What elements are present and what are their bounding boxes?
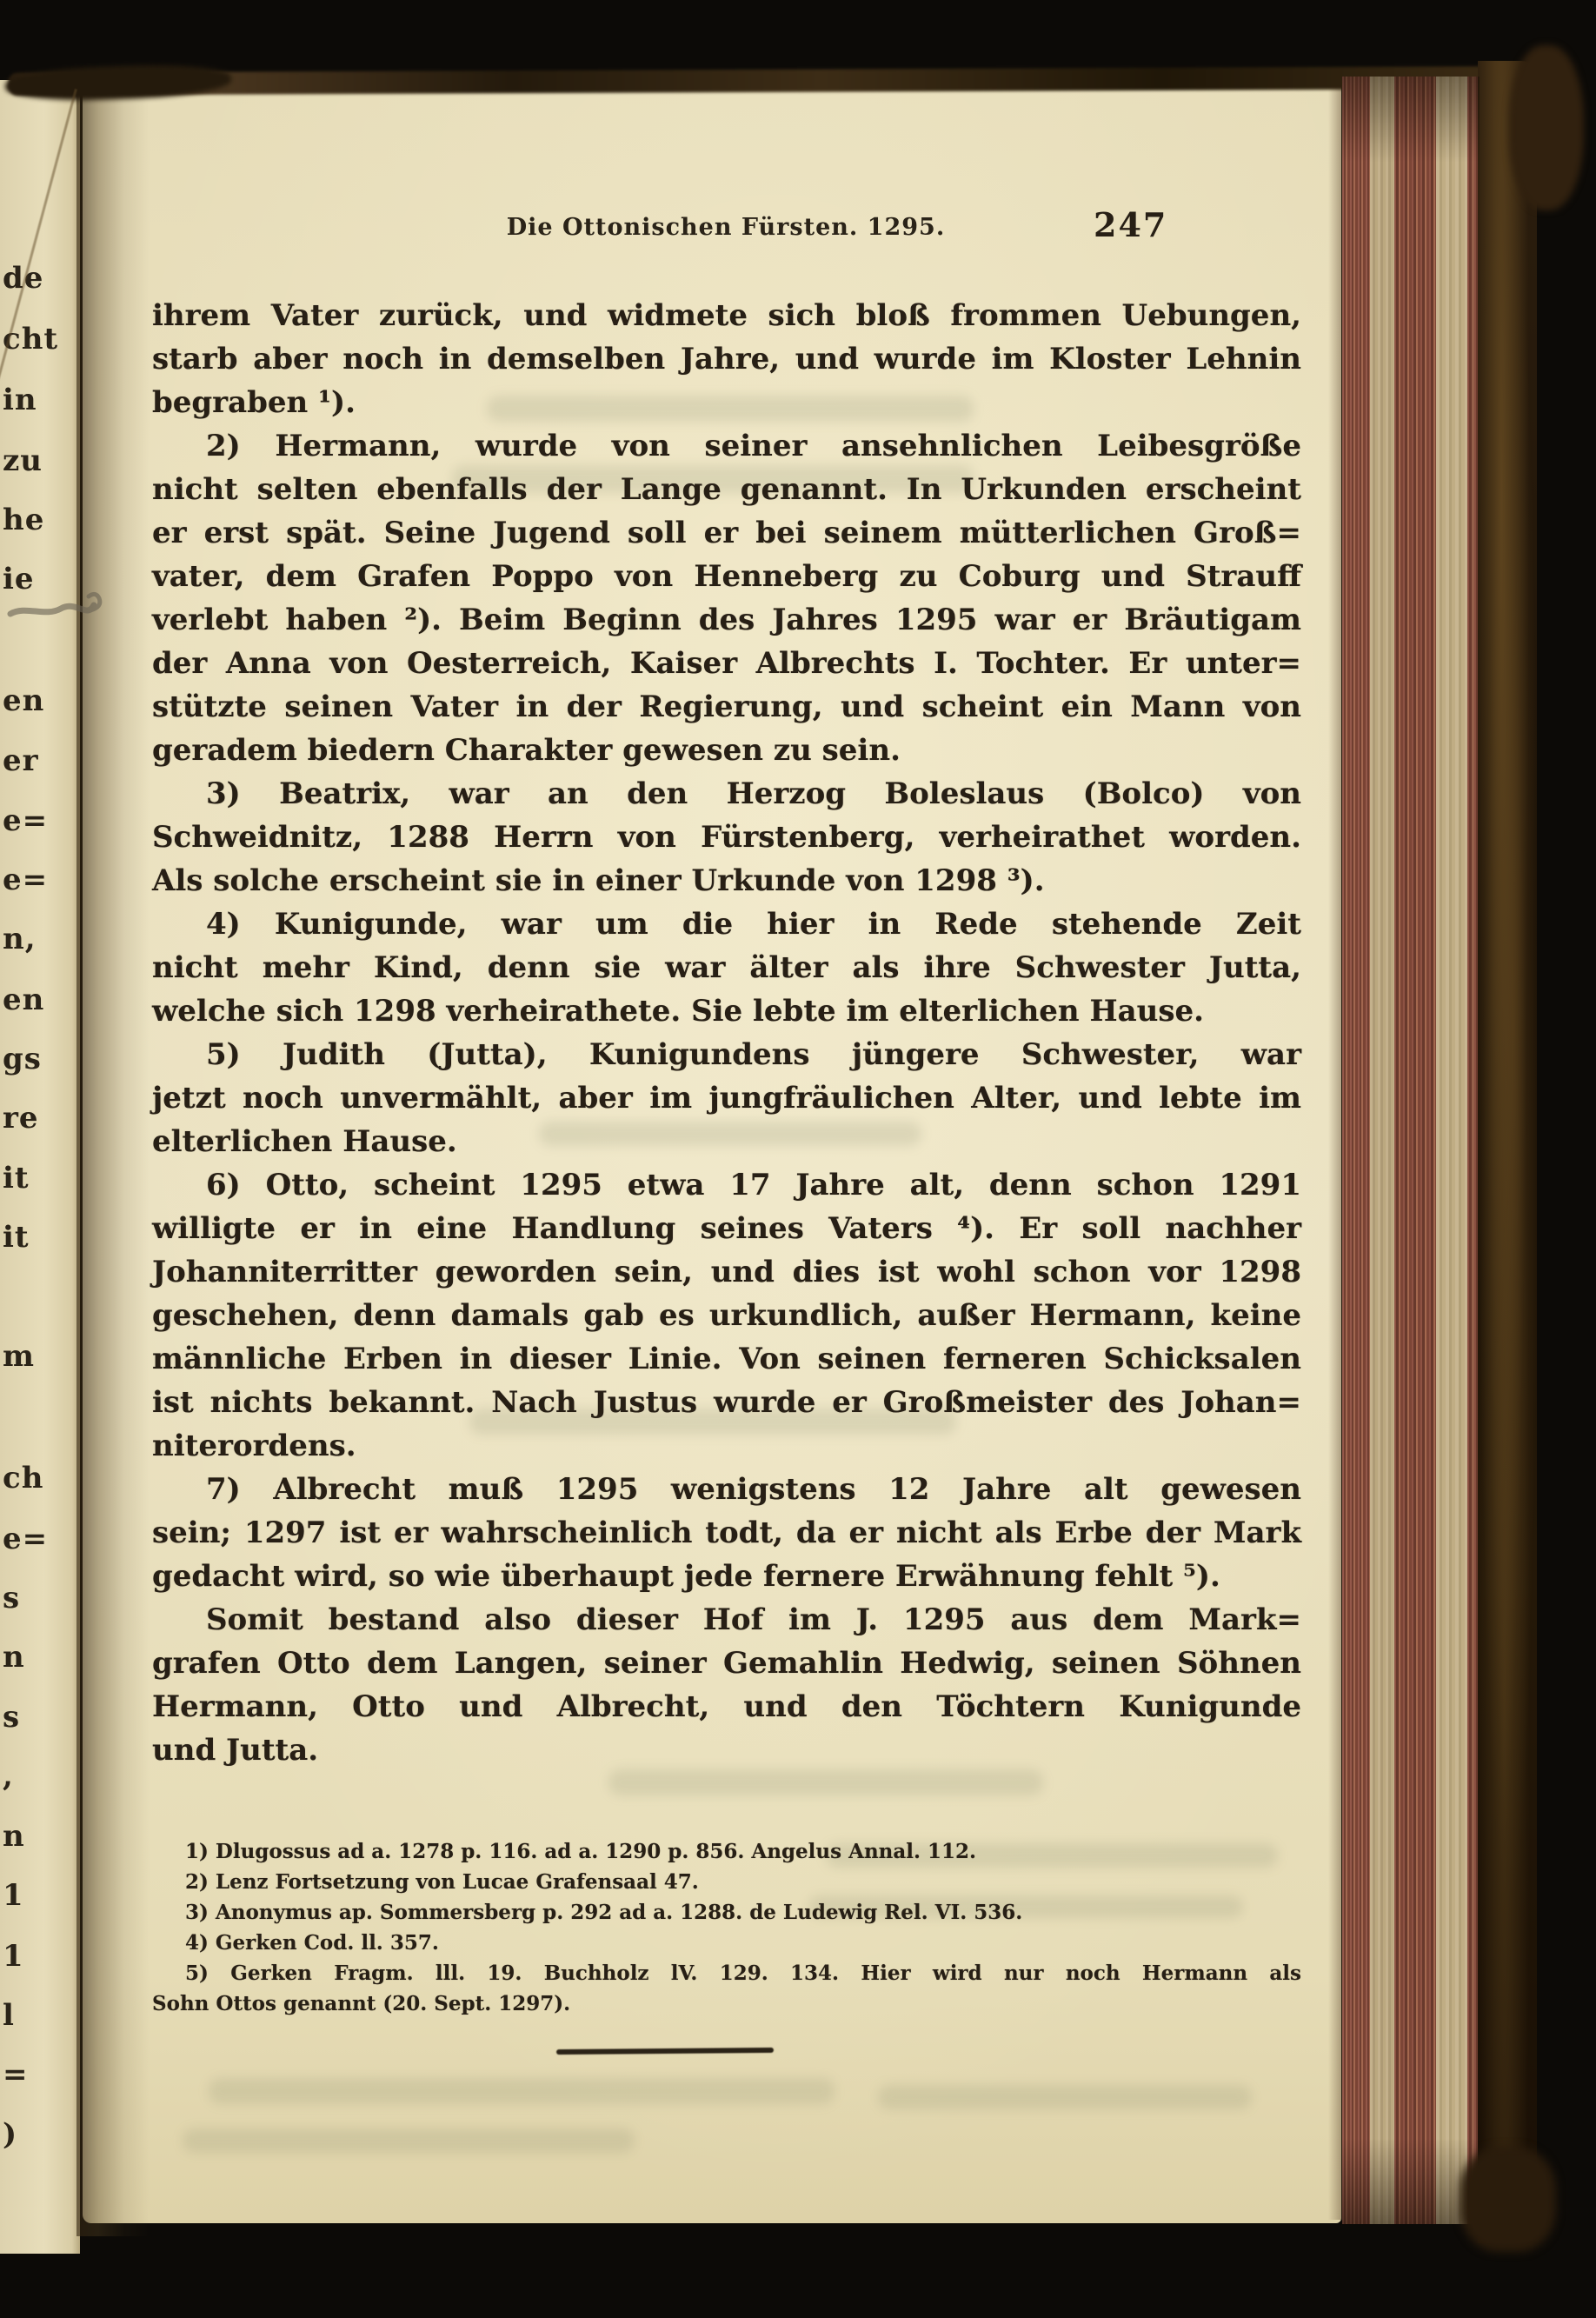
fore-edge-shade [1342,77,1480,2224]
facing-page-text-fragment: s [3,1581,20,1615]
facing-page-text-fragment: er [3,743,39,778]
text-line: starb aber noch in demselben Jahre, und … [152,337,1301,381]
facing-page-text-fragment: s [3,1700,20,1735]
facing-page-strip: dechtinzuheieenere=e=n,engsreititmche=sn… [0,80,80,2254]
facing-page-text-fragment: it [3,1161,30,1196]
facing-page-text-fragment: en [3,683,44,718]
facing-page-text-fragment: n [3,1819,25,1854]
text-line: gedacht wird, so wie überhaupt jede fern… [152,1555,1301,1598]
facing-page-text-fragment: 1 [3,1939,24,1974]
text-line: Johanniterritter geworden sein, und dies… [152,1250,1301,1294]
text-line: der Anna von Oesterreich, Kaiser Albrech… [152,642,1301,685]
facing-page-text-fragment: , [3,1759,14,1794]
page-edge-shade [1328,83,1342,2220]
facing-page-text-fragment: ) [3,2117,17,2152]
text-line: 2) Hermann, wurde von seiner ansehnliche… [152,424,1301,468]
text-line: 4) Kunigunde, war um die hier in Rede st… [152,903,1301,946]
facing-page-text-fragment: 1 [3,1878,24,1913]
facing-page-text-fragment: re [3,1101,39,1136]
text-line: stützte seinen Vater in der Regierung, u… [152,685,1301,729]
text-line: 5) Judith (Jutta), Kunigundens jüngere S… [152,1033,1301,1076]
text-line: begraben ¹). [152,381,1301,424]
facing-page-text-fragment: it [3,1220,30,1255]
text-line: geschehen, denn damals gab es urkundlich… [152,1294,1301,1337]
facing-page-text-fragment: ch [3,1461,43,1495]
cover-corner-top [1509,45,1584,210]
facing-page-text-fragment: n, [3,922,37,956]
footnote-line: 4) Gerken Cod. ll. 357. [152,1928,1301,1958]
text-line: 7) Albrecht muß 1295 wenigstens 12 Jahre… [152,1468,1301,1511]
text-line: 6) Otto, scheint 1295 etwa 17 Jahre alt,… [152,1163,1301,1207]
show-through-ghost [209,2078,835,2104]
footnote-line: 2) Lenz Fortsetzung von Lucae Grafensaal… [152,1867,1301,1897]
cover-corner-bottom [1460,2148,1556,2252]
text-line: nicht selten ebenfalls der Lange genannt… [152,468,1301,511]
text-line: elterlichen Hause. [152,1120,1301,1163]
text-line: er erst spät. Seine Jugend soll er bei s… [152,511,1301,555]
text-line: Schweidnitz, 1288 Herrn von Fürstenberg,… [152,816,1301,859]
facing-page-text-fragment: n [3,1640,25,1675]
facing-page-text-fragment: he [3,503,44,537]
footnotes: 1) Dlugossus ad a. 1278 p. 116. ad a. 12… [152,1836,1301,2019]
facing-page-text-fragment: e= [3,1522,48,1556]
text-line: vater, dem Grafen Poppo von Henneberg zu… [152,555,1301,598]
text-line: nicht mehr Kind, denn sie war älter als … [152,946,1301,989]
book-scan: dechtinzuheieenere=e=n,engsreititmche=sn… [0,0,1596,2318]
text-line: 3) Beatrix, war an den Herzog Boleslaus … [152,772,1301,816]
text-line: ihrem Vater zurück, und widmete sich blo… [152,294,1301,337]
text-line: verlebt haben ²). Beim Beginn des Jahres… [152,598,1301,642]
text-line: Als solche erscheint sie in einer Urkund… [152,859,1301,903]
facing-page-text-fragment: zu [3,443,43,478]
text-line: niterordens. [152,1424,1301,1468]
footnote-line: Sohn Ottos genannt (20. Sept. 1297). [152,1988,1301,2019]
text-line: jetzt noch unvermählt, aber im jungfräul… [152,1076,1301,1120]
text-line: männliche Erben in dieser Linie. Von sei… [152,1337,1301,1381]
text-line: willigte er in eine Handlung seines Vate… [152,1207,1301,1250]
show-through-ghost [183,2128,635,2153]
gutter-shadow [76,80,150,2236]
facing-page-text-fragment: l [3,1998,15,2033]
facing-page-text-fragment: in [3,383,37,417]
show-through-ghost [878,2085,1252,2109]
text-line: Somit bestand also dieser Hof im J. 1295… [152,1598,1301,1642]
footnote-line: 5) Gerken Fragm. lll. 19. Buchholz lV. 1… [152,1958,1301,1988]
page-number: 247 [1094,205,1167,244]
facing-page-text-fragment: e= [3,803,48,838]
show-through-ghost [608,1769,1043,1795]
facing-page-text-fragment: m [3,1339,35,1374]
text-line: ist nichts bekannt. Nach Justus wurde er… [152,1381,1301,1424]
book-cover-edge [1478,61,1537,2243]
body-text: ihrem Vater zurück, und widmete sich blo… [152,294,1301,1772]
text-line: und Jutta. [152,1729,1301,1772]
text-line: grafen Otto dem Langen, seiner Gemahlin … [152,1642,1301,1685]
text-line: geradem biedern Charakter gewesen zu sei… [152,729,1301,772]
facing-page-text-fragment: e= [3,863,48,897]
text-line: sein; 1297 ist er wahrscheinlich todt, d… [152,1511,1301,1555]
text-line: welche sich 1298 verheirathete. Sie lebt… [152,989,1301,1033]
text-line: Hermann, Otto und Albrecht, und den Töch… [152,1685,1301,1729]
footnote-line: 3) Anonymus ap. Sommersberg p. 292 ad a.… [152,1897,1301,1928]
facing-page-text-fragment: gs [3,1042,42,1076]
facing-page-text-fragment: en [3,982,44,1017]
facing-page-text-fragment: = [3,2057,29,2092]
footnote-line: 1) Dlugossus ad a. 1278 p. 116. ad a. 12… [152,1836,1301,1867]
pencil-smudge [7,584,111,636]
